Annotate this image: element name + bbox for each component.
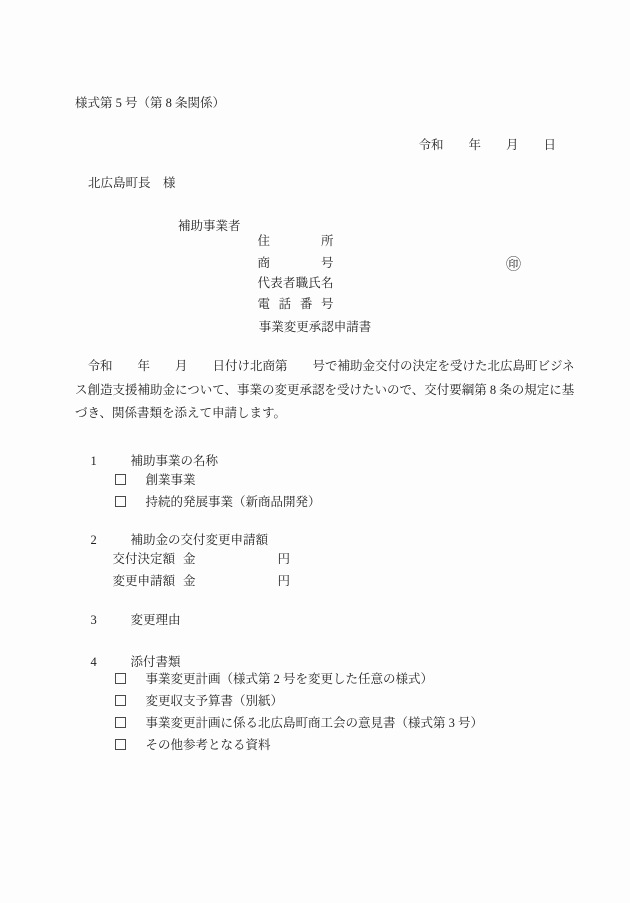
checkbox-label: その他参考となる資料 bbox=[146, 738, 271, 752]
seal-stamp-icon: ㊞ bbox=[506, 256, 521, 274]
unit-label: 円 bbox=[278, 574, 291, 588]
paragraph-line: 令和 年 月 日付け北商第 号で補助金交付の決定を受けた北広島町ビジネ bbox=[75, 359, 575, 374]
paragraph-line: ス創造支援補助金について、事業の変更承認を受けたいので、交付要綱第 8 条の規定… bbox=[75, 383, 574, 398]
applicant-label: 補助事業者 bbox=[178, 219, 241, 234]
addressee: 北広島町長 様 bbox=[88, 176, 176, 191]
checkbox-label: 持続的発展事業（新商品開発） bbox=[146, 495, 321, 509]
currency-prefix: 金 bbox=[183, 574, 196, 588]
checkbox-icon[interactable] bbox=[115, 496, 126, 507]
document-title: 事業変更承認申請書 bbox=[0, 320, 630, 335]
section-heading-label: 変更理由 bbox=[131, 613, 181, 627]
field-label-phone: 電話番号 bbox=[258, 297, 334, 312]
checkbox-item: その他参考となる資料 bbox=[102, 723, 271, 768]
document-page: 様式第 5 号（第 8 条関係） 令和 年 月 日 北広島町長 様 補助事業者 … bbox=[0, 0, 630, 903]
amount-label: 変更申請額 bbox=[113, 574, 176, 588]
checkbox-icon[interactable] bbox=[115, 739, 126, 750]
section-number: 3 bbox=[91, 613, 131, 628]
date-line: 令和 年 月 日 bbox=[418, 138, 556, 153]
section-heading-3: 3変更理由 bbox=[78, 598, 181, 643]
paragraph-line: づき、関係書類を添えて申請します。 bbox=[75, 406, 286, 421]
form-number: 様式第 5 号（第 8 条関係） bbox=[75, 96, 225, 111]
